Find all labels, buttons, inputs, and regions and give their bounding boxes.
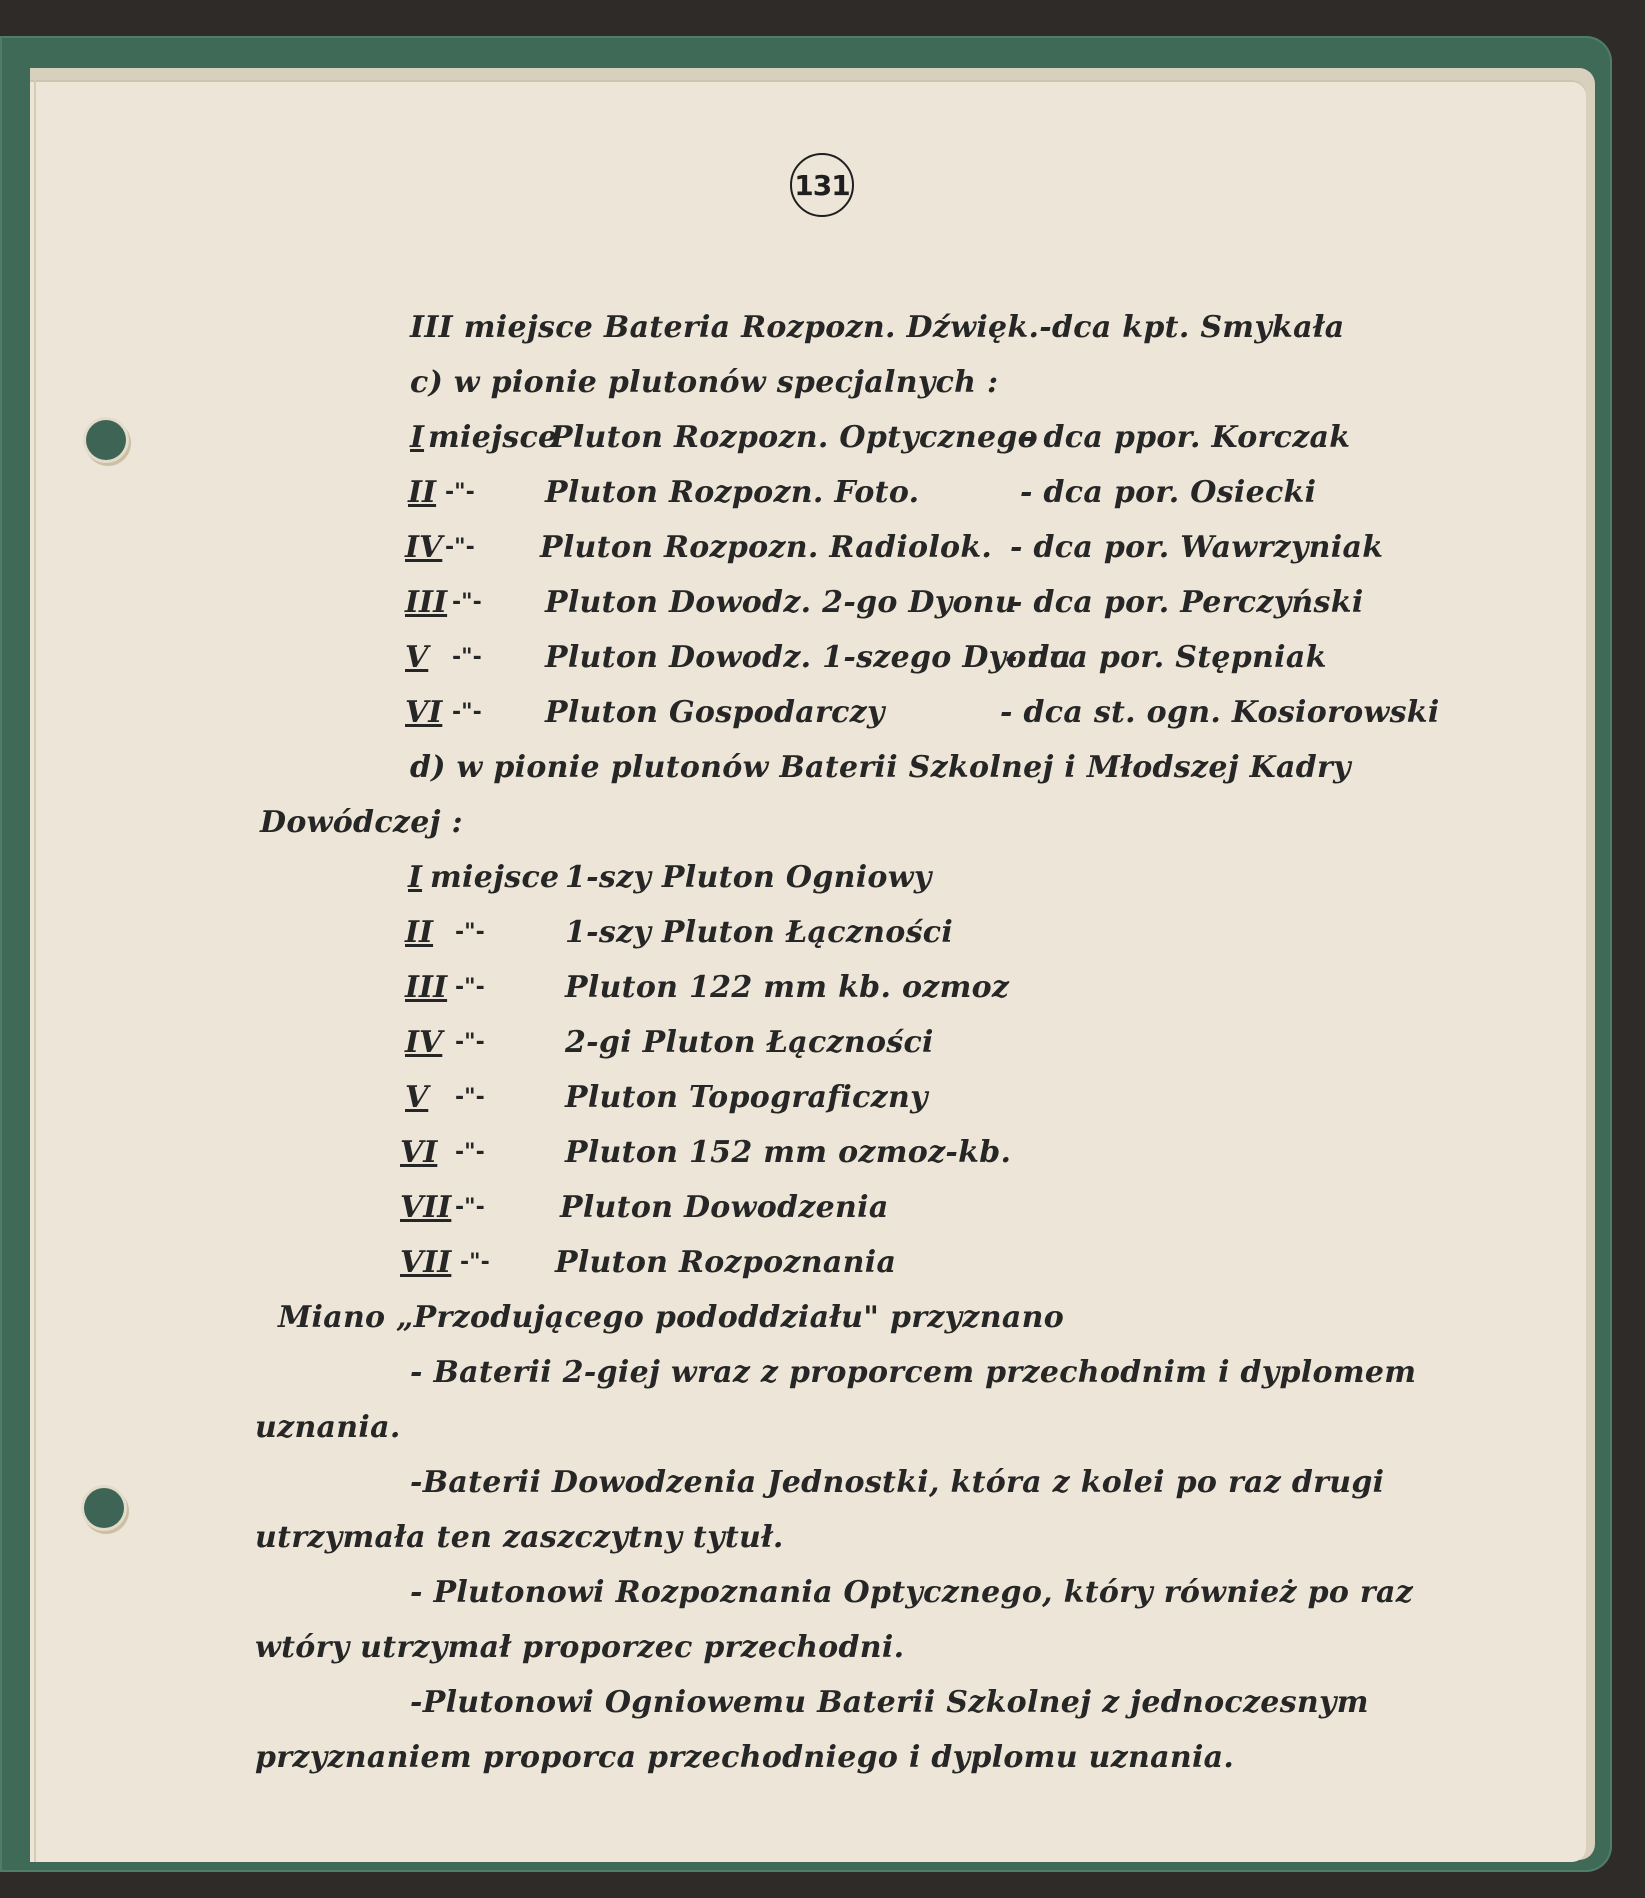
paragraph-line: -Plutonowi Ogniowemu Baterii Szkolnej z … <box>410 1685 1369 1720</box>
rank-numeral: IV <box>405 1025 442 1060</box>
rank-numeral: II <box>408 475 436 510</box>
paragraph-line: - Baterii 2-giej wraz z proporcem przech… <box>410 1355 1416 1390</box>
unit-name: Pluton Rozpozn. Foto. <box>545 475 919 510</box>
ditto-mark: -"- <box>455 920 485 945</box>
unit-name: Pluton Gospodarczy <box>545 695 885 730</box>
ditto-mark: -"- <box>445 480 475 505</box>
rank-numeral: VII <box>400 1245 451 1280</box>
ditto-mark: -"- <box>452 590 482 615</box>
commander: - dca por. Wawrzyniak <box>1010 530 1383 565</box>
rank-numeral: VI <box>400 1135 437 1170</box>
commander: - dca por. Perczyński <box>1010 585 1364 620</box>
commander: - dca por. Stępniak <box>1005 640 1327 675</box>
paragraph-line: -Baterii Dowodzenia Jednostki, która z k… <box>410 1465 1384 1500</box>
commander: - dca st. ogn. Kosiorowski <box>1000 695 1440 730</box>
unit-name: Pluton 152 mm ozmoz-kb. <box>565 1135 1011 1170</box>
ditto-mark: -"- <box>452 645 482 670</box>
rank-numeral: III <box>405 970 447 1005</box>
unit-name: Pluton 122 mm kb. ozmoz <box>565 970 1009 1005</box>
ditto-mark: -"- <box>455 1030 485 1055</box>
section-d-heading-line2: Dowódczej : <box>260 805 463 840</box>
ditto-mark: -"- <box>455 1140 485 1165</box>
paragraph-line: uznania. <box>255 1410 401 1445</box>
rank-numeral: IV <box>405 530 442 565</box>
rank-numeral: III <box>405 585 447 620</box>
place-label: miejsce <box>428 420 557 455</box>
rank-numeral: VI <box>405 695 442 730</box>
unit-name: 2-gi Pluton Łączności <box>565 1025 934 1060</box>
rank-numeral: V <box>405 640 428 675</box>
ditto-mark: -"- <box>455 1195 485 1220</box>
line-iii-battery: III miejsce Bateria Rozpozn. Dźwięk.-dca… <box>410 310 1344 345</box>
section-d-heading-line1: d) w pionie plutonów Baterii Szkolnej i … <box>410 750 1351 785</box>
rank-numeral: I <box>408 860 422 895</box>
page-number: 131 <box>790 153 854 217</box>
unit-name: Pluton Rozpoznania <box>555 1245 896 1280</box>
section-c-heading: c) w pionie plutonów specjalnych : <box>410 365 998 400</box>
unit-name: 1-szy Pluton Ogniowy <box>565 860 932 895</box>
paragraph-line: - Plutonowi Rozpoznania Optycznego, któr… <box>410 1575 1413 1610</box>
unit-name: Pluton Rozpozn. Radiolok. <box>540 530 992 565</box>
commander: - dca ppor. Korczak <box>1020 420 1350 455</box>
ditto-mark: -"- <box>455 1085 485 1110</box>
commander: - dca por. Osiecki <box>1020 475 1316 510</box>
rank-numeral: II <box>405 915 433 950</box>
unit-name: 1-szy Pluton Łączności <box>565 915 953 950</box>
punch-hole-bottom <box>84 1488 124 1528</box>
ditto-mark: -"- <box>455 975 485 1000</box>
punch-hole-top <box>86 420 126 460</box>
rank-numeral: VII <box>400 1190 451 1225</box>
unit-name: Pluton Dowodz. 1-szego Dyonu <box>545 640 1071 675</box>
paragraph-line: przyznaniem proporca przechodniego i dyp… <box>255 1740 1234 1775</box>
rank-numeral: V <box>405 1080 428 1115</box>
unit-name: Pluton Dowodz. 2-go Dyonu <box>545 585 1017 620</box>
unit-name: Pluton Topograficzny <box>565 1080 928 1115</box>
award-title-line: Miano „Przodującego pododdziału" przyzna… <box>278 1300 1064 1335</box>
place-label: miejsce <box>430 860 559 895</box>
gutter-line <box>34 80 36 1862</box>
unit-name: Pluton Dowodzenia <box>560 1190 889 1225</box>
paragraph-line: utrzymała ten zaszczytny tytuł. <box>255 1520 784 1555</box>
paragraph-line: wtóry utrzymał proporzec przechodni. <box>255 1630 904 1665</box>
ditto-mark: -"- <box>445 535 475 560</box>
rank-numeral: I <box>410 420 424 455</box>
page-number-text: 131 <box>794 169 849 202</box>
unit-name: Pluton Rozpozn. Optycznego <box>550 420 1038 455</box>
ditto-mark: -"- <box>460 1250 490 1275</box>
ditto-mark: -"- <box>452 700 482 725</box>
